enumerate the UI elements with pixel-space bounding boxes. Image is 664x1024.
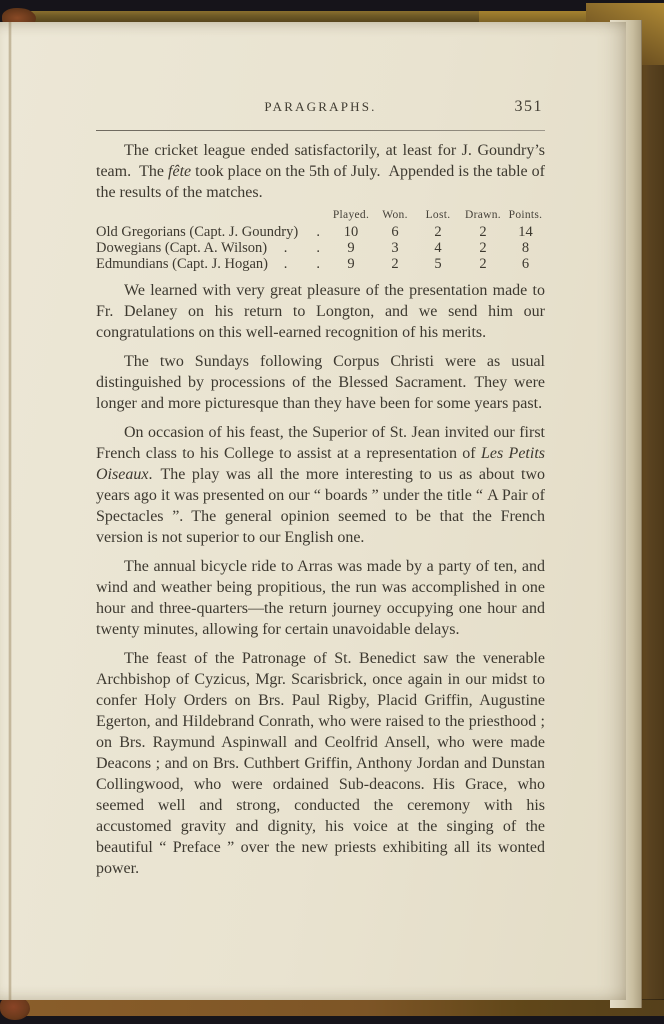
table-header-spacer — [96, 208, 328, 222]
book-cover-top-gold-segment — [479, 11, 594, 22]
column-header-lost: Lost. — [416, 208, 460, 222]
paragraph-bicycle-ride: The annual bicycle ride to Arras was mad… — [96, 556, 545, 640]
cell-drawn: 2 — [460, 256, 506, 272]
dot-leader: . . — [284, 256, 328, 272]
paragraph-cricket-league: The cricket league ended satisfactorily,… — [96, 140, 545, 203]
book-page: PARAGRAPHS. 351 The cricket league ended… — [0, 22, 626, 1000]
running-head: PARAGRAPHS. 351 — [96, 98, 545, 118]
cell-won: 6 — [374, 224, 416, 240]
cell-points: 6 — [506, 256, 545, 272]
team-name: Edmundians (Capt. J. Hogan) — [96, 256, 268, 272]
cell-played: 9 — [328, 240, 374, 256]
team-name: Dowegians (Capt. A. Wilson) — [96, 240, 267, 256]
paragraph-holy-orders: The feast of the Patronage of St. Benedi… — [96, 648, 545, 879]
team-name: Old Gregorians (Capt. J. Goundry) — [96, 224, 298, 240]
table-row: Edmundians (Capt. J. Hogan) . . 9 2 5 2 … — [96, 256, 545, 272]
paragraph-st-jean-play: On occasion of his feast, the Superior o… — [96, 422, 545, 548]
cell-points: 14 — [506, 224, 545, 240]
cell-drawn: 2 — [460, 224, 506, 240]
dot-leader: . . — [284, 240, 328, 256]
cell-won: 2 — [374, 256, 416, 272]
page-body: The cricket league ended satisfactorily,… — [96, 140, 545, 879]
column-header-drawn: Drawn. — [460, 208, 506, 222]
header-rule — [96, 130, 545, 131]
page-gutter-fold — [8, 22, 12, 1000]
column-header-played: Played. — [328, 208, 374, 222]
cell-lost: 2 — [416, 224, 460, 240]
dot-leader: . — [316, 224, 328, 240]
cell-drawn: 2 — [460, 240, 506, 256]
cell-played: 10 — [328, 224, 374, 240]
page-number: 351 — [515, 98, 544, 116]
column-header-won: Won. — [374, 208, 416, 222]
table-header-row: Played. Won. Lost. Drawn. Points. — [96, 208, 545, 222]
table-row: Dowegians (Capt. A. Wilson) . . 9 3 4 2 … — [96, 240, 545, 256]
book-cover-bottom-edge — [4, 1000, 664, 1016]
cell-points: 8 — [506, 240, 545, 256]
page-title: PARAGRAPHS. — [264, 99, 376, 114]
page-content: PARAGRAPHS. 351 The cricket league ended… — [96, 22, 545, 879]
paragraph-corpus-christi: The two Sundays following Corpus Christi… — [96, 351, 545, 414]
scanned-book-photo: PARAGRAPHS. 351 The cricket league ended… — [0, 0, 664, 1024]
column-header-points: Points. — [506, 208, 545, 222]
table-row: Old Gregorians (Capt. J. Goundry) . 10 6… — [96, 224, 545, 240]
results-table: Played. Won. Lost. Drawn. Points. Old Gr… — [96, 208, 545, 272]
cell-won: 3 — [374, 240, 416, 256]
cell-lost: 5 — [416, 256, 460, 272]
paragraph-fr-delaney: We learned with very great pleasure of t… — [96, 280, 545, 343]
cell-lost: 4 — [416, 240, 460, 256]
cell-played: 9 — [328, 256, 374, 272]
